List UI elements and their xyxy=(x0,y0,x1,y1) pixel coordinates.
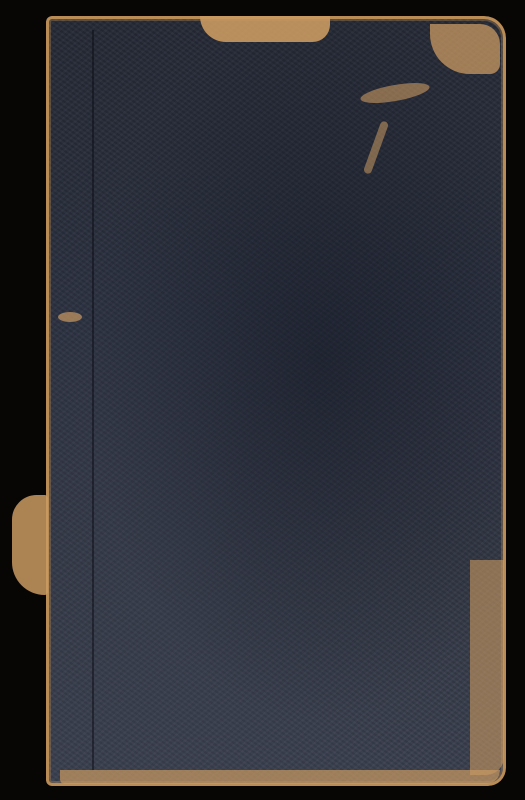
spine-crease xyxy=(92,30,94,770)
book-cover xyxy=(46,16,506,786)
left-edge-tear xyxy=(12,495,48,595)
left-edge-spot xyxy=(58,312,82,322)
top-edge-wear xyxy=(200,16,330,42)
bottom-edge-wear xyxy=(60,770,500,784)
bottom-right-edge-wear xyxy=(470,560,504,775)
